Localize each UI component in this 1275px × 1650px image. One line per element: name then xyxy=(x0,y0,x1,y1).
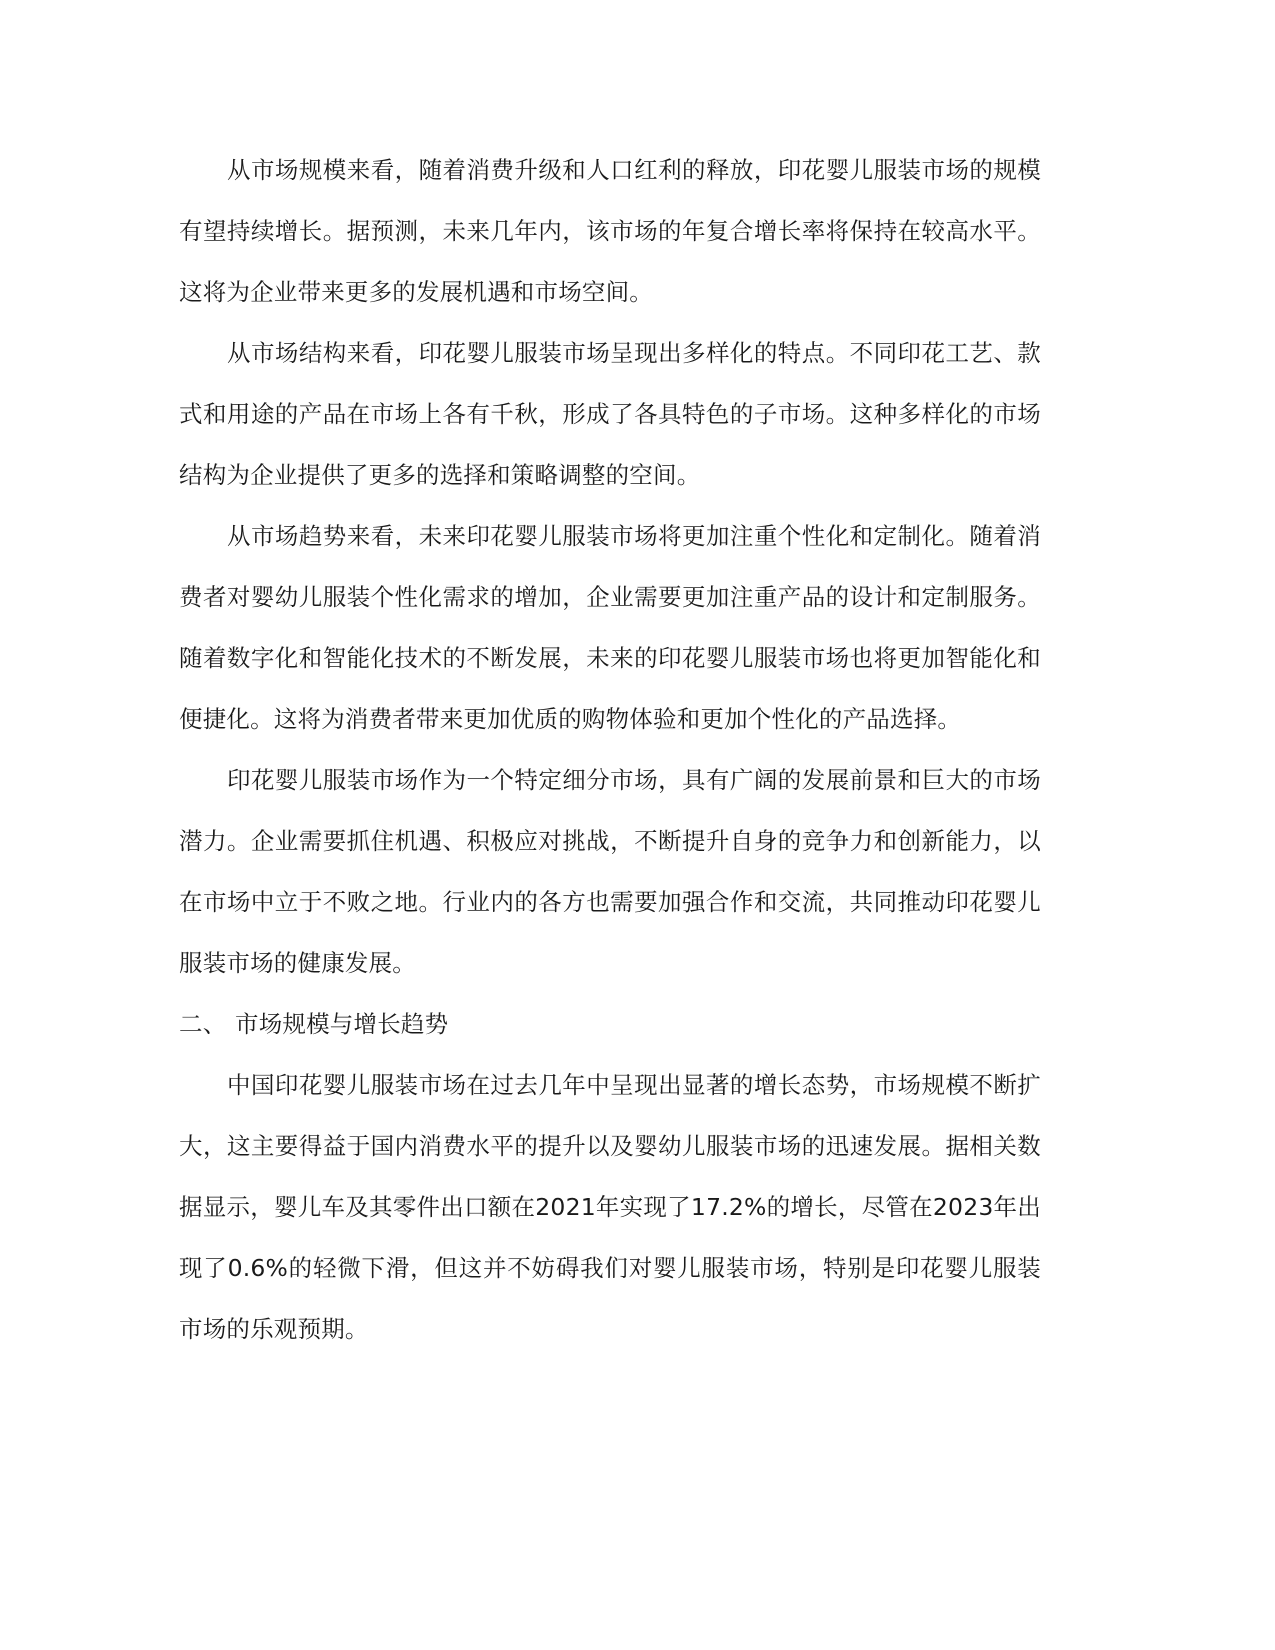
document-page: 从市场规模来看，随着消费升级和人口红利的释放，印花婴儿服装市场的规模有望持续增长… xyxy=(179,140,1041,1360)
paragraph-market-scale: 从市场规模来看，随着消费升级和人口红利的释放，印花婴儿服装市场的规模有望持续增长… xyxy=(179,140,1041,323)
section-title: 市场规模与增长趋势 xyxy=(235,1010,448,1038)
section-number: 二、 xyxy=(179,994,235,1055)
paragraph-market-structure: 从市场结构来看，印花婴儿服装市场呈现出多样化的特点。不同印花工艺、款式和用途的产… xyxy=(179,323,1041,506)
paragraph-growth-data: 中国印花婴儿服装市场在过去几年中呈现出显著的增长态势，市场规模不断扩大，这主要得… xyxy=(179,1055,1041,1360)
section-heading: 二、市场规模与增长趋势 xyxy=(179,994,1041,1055)
paragraph-market-trend: 从市场趋势来看，未来印花婴儿服装市场将更加注重个性化和定制化。随着消费者对婴幼儿… xyxy=(179,506,1041,750)
paragraph-market-outlook: 印花婴儿服装市场作为一个特定细分市场，具有广阔的发展前景和巨大的市场潜力。企业需… xyxy=(179,750,1041,994)
